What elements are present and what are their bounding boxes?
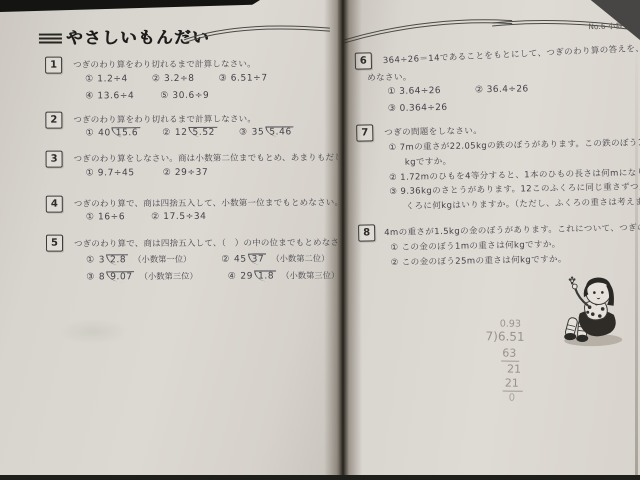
handwriting-division: 7)6.51 xyxy=(485,329,524,344)
word-problem-line: ① 7mの重さが22.05kgの鉄のぼうがあります。この鉄のぼう1mの重さは何 xyxy=(388,135,640,153)
rounding-note: （小数第二位） xyxy=(271,253,329,263)
long-division-item: ②125.52 xyxy=(162,127,217,138)
problem-statement: つぎの問題をしなさい。 xyxy=(384,124,482,138)
photo-background-bottom xyxy=(0,475,640,480)
item-label: ① xyxy=(85,128,94,138)
problem-item: ② 36.4÷26 xyxy=(475,84,529,95)
problem-number-box: 5 xyxy=(46,235,63,252)
long-division-item: ③355.46 xyxy=(239,126,294,137)
long-division-item: ④291.8（小数第三位） xyxy=(228,269,340,282)
left-page-content: やさしいもんだい 1 つぎのわり算をわり切れるまで計算しなさい。 ① 1.2÷4… xyxy=(0,0,339,480)
sitting-girl-illustration xyxy=(551,271,632,351)
long-division-item: ①32.8（小数第一位） xyxy=(86,253,191,266)
dividend: 2.8 xyxy=(106,254,128,265)
divisor: 29 xyxy=(240,272,253,282)
problem-statement-line: めなさい。 xyxy=(367,71,412,84)
page-edge-shadow xyxy=(635,40,638,475)
divisor: 3 xyxy=(99,255,105,265)
girl-hand xyxy=(572,284,577,289)
header-triple-line-icon xyxy=(39,34,62,44)
paper-smudge xyxy=(58,318,128,344)
problem-items-row: ③ 0.364÷26 xyxy=(388,103,448,114)
problem-statement: つぎのわり算で、商は四捨五入して、小数第一位までもとめなさい。 xyxy=(74,196,339,209)
dividend: 5.46 xyxy=(265,126,294,137)
problem-item: ① 9.7÷45 xyxy=(86,168,135,178)
handwritten-long-division: 0.93 7)6.51 63 21 21 0 xyxy=(482,318,546,434)
problem-item: ② 29÷37 xyxy=(163,168,209,178)
long-division-item: ③89.07（小数第三位） xyxy=(86,270,198,283)
problem-items-row: ①4015.6 ②125.52 ③355.46 xyxy=(85,126,293,138)
dividend: 15.6 xyxy=(112,127,141,138)
problem-item: ② 17.5÷34 xyxy=(151,212,206,222)
problem-items-row: ① 1.2÷4 ② 3.2÷8 ③ 6.51÷7 xyxy=(85,73,268,84)
long-division-item: ②4537（小数第二位） xyxy=(221,252,329,265)
divisor: 45 xyxy=(234,255,247,265)
divisor: 40 xyxy=(98,128,111,138)
dividend: 37 xyxy=(248,253,267,264)
problem-number-box: 4 xyxy=(46,196,63,213)
problem-item: ④ 13.6÷4 xyxy=(85,91,134,101)
dividend: 5.52 xyxy=(189,127,218,138)
problem-items-row: ① 16÷6 ② 17.5÷34 xyxy=(86,212,207,223)
problem-item: ① 16÷6 xyxy=(86,212,125,222)
problem-statement: 4mの重さが1.5kgの金のぼうがあります。これについて、つぎの問いに答えなさい… xyxy=(384,220,640,239)
problem-number-box: 3 xyxy=(46,151,63,168)
problem-items-row: ① 9.7÷45 ② 29÷37 xyxy=(86,168,209,179)
problem-item: ③ 6.51÷7 xyxy=(219,73,268,83)
item-label: ② xyxy=(162,128,171,138)
item-label: ③ xyxy=(86,272,95,282)
left-page: やさしいもんだい 1 つぎのわり算をわり切れるまで計算しなさい。 ① 1.2÷4… xyxy=(0,0,338,480)
problem-statement: つぎのわり算をしなさい。商は小数第二位までもとめ、あまりもだしなさい。 xyxy=(74,151,340,165)
rounding-note: （小数第三位） xyxy=(140,271,198,281)
item-label: ① xyxy=(86,255,95,265)
rounding-note: （小数第一位） xyxy=(133,254,191,264)
handwriting-remainder: 0 xyxy=(509,393,516,404)
problem-statement-line: 364÷26＝14であることをもとにして、つぎのわり算の答えを、計算せずにもと xyxy=(383,39,640,66)
problem-items-row: ③89.07（小数第三位） ④291.8（小数第三位） xyxy=(86,269,339,282)
problem-statement: つぎのわり算をわり切れるまで計算しなさい。 xyxy=(73,113,256,126)
handwriting-quotient: 0.93 xyxy=(500,318,521,329)
problem-item: ① 1.2÷4 xyxy=(85,74,128,84)
handwriting-step: 21 xyxy=(507,363,521,376)
item-label: ② xyxy=(221,255,230,265)
handwriting-step: 63 xyxy=(501,346,519,361)
header-rule-left xyxy=(182,19,334,46)
divisor: 12 xyxy=(175,128,188,138)
problem-item: ① 3.64÷26 xyxy=(387,86,441,97)
problem-item: ③ 0.364÷26 xyxy=(388,103,448,114)
problem-item: ⑤ 30.6÷9 xyxy=(160,91,209,101)
problem-number-box: 2 xyxy=(45,112,62,129)
problem-item: ② 3.2÷8 xyxy=(152,74,195,84)
problem-items-row: ①32.8（小数第一位） ②4537（小数第二位） xyxy=(86,252,329,265)
problem-items-row: ④ 13.6÷4 ⑤ 30.6÷9 xyxy=(85,91,209,102)
word-problem-line: kgですか。 xyxy=(405,155,452,168)
divisor: 35 xyxy=(252,127,265,137)
book-spine-gap xyxy=(324,0,362,480)
word-problem-line: くろに何kgはいりますか。（ただし、ふくろの重さは考えません。） xyxy=(406,195,640,212)
open-workbook-photo: やさしいもんだい 1 つぎのわり算をわり切れるまで計算しなさい。 ① 1.2÷4… xyxy=(0,0,640,480)
right-page-content: No.6 小数（2 6 364÷26＝14であることをもとにして、つぎのわり算の… xyxy=(336,0,640,480)
dividend: 1.8 xyxy=(254,270,276,281)
problem-statement: つぎのわり算をわり切れるまで計算しなさい。 xyxy=(73,58,256,71)
right-page: No.6 小数（2 6 364÷26＝14であることをもとにして、つぎのわり算の… xyxy=(338,0,640,480)
divisor: 8 xyxy=(99,272,105,282)
problem-statement: つぎのわり算で、商は四捨五入して、（ ）の中の位までもとめなさい。 xyxy=(74,236,339,249)
flower-icon xyxy=(569,276,576,284)
handwriting-step: 21 xyxy=(503,376,523,391)
problem-number-box: 1 xyxy=(45,57,62,74)
dividend: 9.07 xyxy=(106,271,135,282)
word-problem-line: ① この金のぼう1mの重さは何kgですか。 xyxy=(390,238,560,253)
word-problem-line: ② この金のぼう25mの重さは何kgですか。 xyxy=(391,253,567,268)
long-division-item: ①4015.6 xyxy=(85,127,140,138)
item-label: ④ xyxy=(228,272,237,282)
problem-items-row: ① 3.64÷26 ② 36.4÷26 xyxy=(387,84,528,97)
item-label: ③ xyxy=(239,128,248,138)
